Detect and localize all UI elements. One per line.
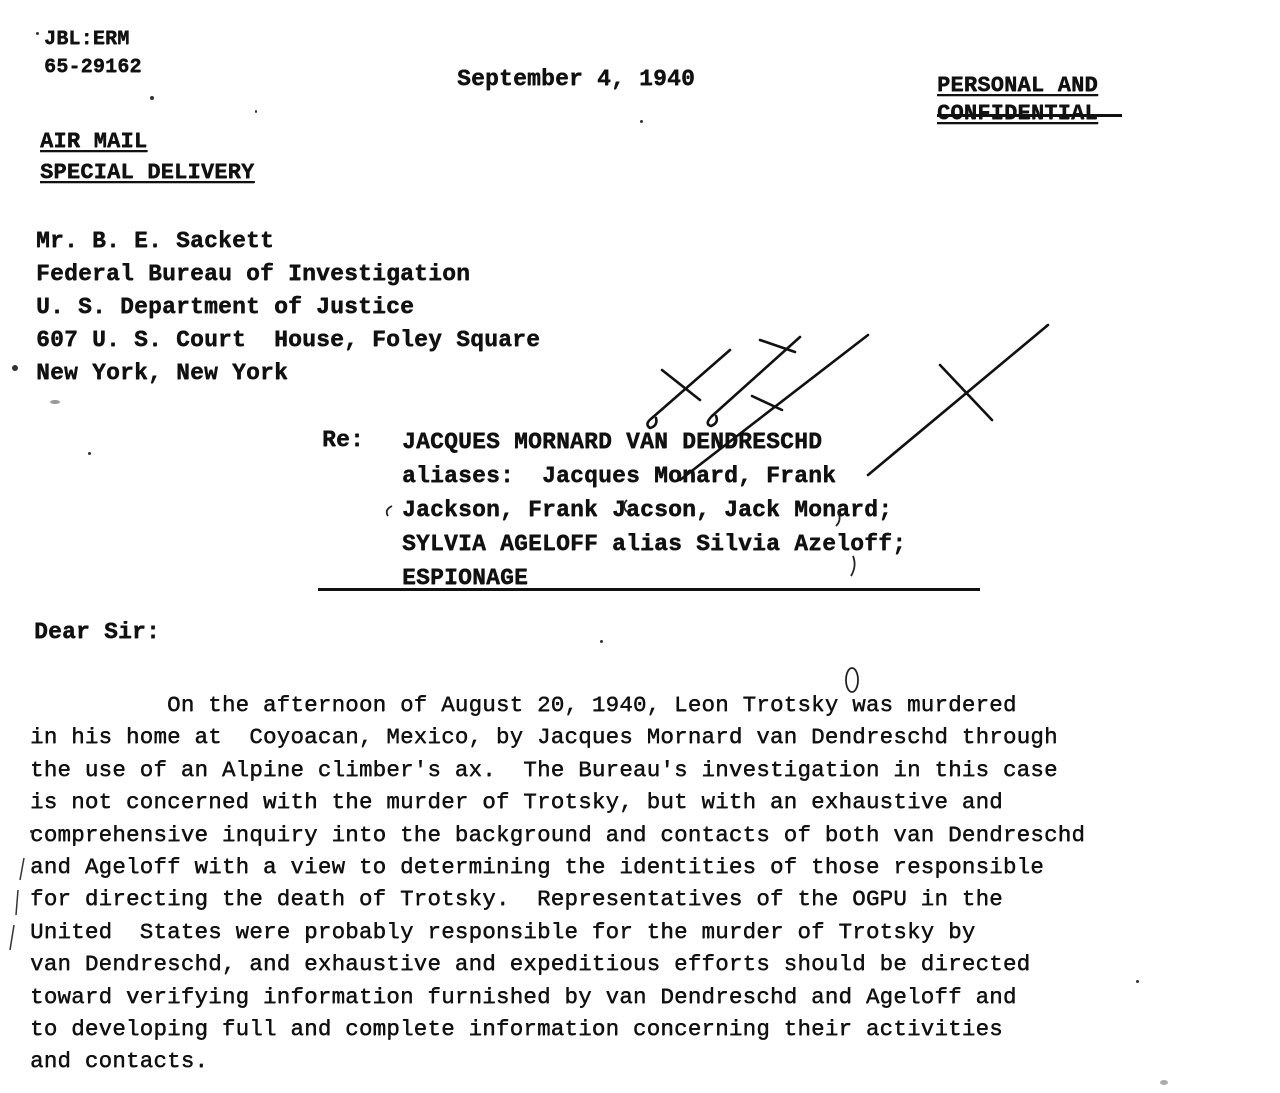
file-number: 65-29162 [44,56,142,79]
body-paragraph: On the afternoon of August 20, 1940, Leo… [30,689,1085,1078]
classification-line-2: CONFIDENTIAL [937,101,1098,126]
reference-block: JBL:ERM 65-29162 [44,26,142,82]
mail-instructions: AIR MAIL SPECIAL DELIVERY [40,126,254,188]
body-line: On the afternoon of August 20, 1940, Leo… [30,692,1017,718]
body-line: the use of an Alpine climber's ax. The B… [30,757,1058,783]
classification-marking: PERSONAL AND CONFIDENTIAL [937,72,1098,128]
address-line: U. S. Department of Justice [36,294,414,320]
mail-line-1: AIR MAIL [40,129,147,154]
body-line: to developing full and complete informat… [30,1016,1003,1042]
address-line: New York, New York [36,360,288,386]
subject-line: SYLVIA AGELOFF alias Silvia Azeloff; [402,531,906,557]
classification-line-1: PERSONAL AND [937,73,1098,98]
letter-date: September 4, 1940 [457,64,695,95]
body-line: for directing the death of Trotsky. Repr… [30,886,1003,912]
body-line: van Dendreschd, and exhaustive and exped… [30,951,1030,977]
mail-line-2: SPECIAL DELIVERY [40,160,254,185]
margin-marks-icon [10,858,24,950]
address-line: Mr. B. E. Sackett [36,228,274,254]
body-line: and Ageloff with a view to determining t… [30,854,1044,880]
subject-line: JACQUES MORNARD VAN DENDRESCHD [402,429,822,455]
body-line: toward verifying information furnished b… [30,984,1017,1010]
subject-divider [318,588,980,591]
initials: JBL:ERM [44,28,129,51]
address-line: Federal Bureau of Investigation [36,261,470,287]
address-line: 607 U. S. Court House, Foley Square [36,327,540,353]
subject-line: Jackson, Frank Jacson, Jack Monard; [402,497,892,523]
body-line: is not concerned with the murder of Trot… [30,789,1003,815]
body-line: in his home at Coyoacan, Mexico, by Jacq… [30,724,1058,750]
body-line: and contacts. [30,1048,208,1074]
subject-label: Re: [322,425,364,456]
body-line: comprehensive inquiry into the backgroun… [30,822,1085,848]
subject-block: JACQUES MORNARD VAN DENDRESCHD aliases: … [402,425,906,595]
salutation: Dear Sir: [34,617,160,648]
body-line: United States were probably responsible … [30,919,975,945]
recipient-address: Mr. B. E. Sackett Federal Bureau of Inve… [36,225,540,390]
subject-line: aliases: Jacques Monard, Frank [402,463,836,489]
